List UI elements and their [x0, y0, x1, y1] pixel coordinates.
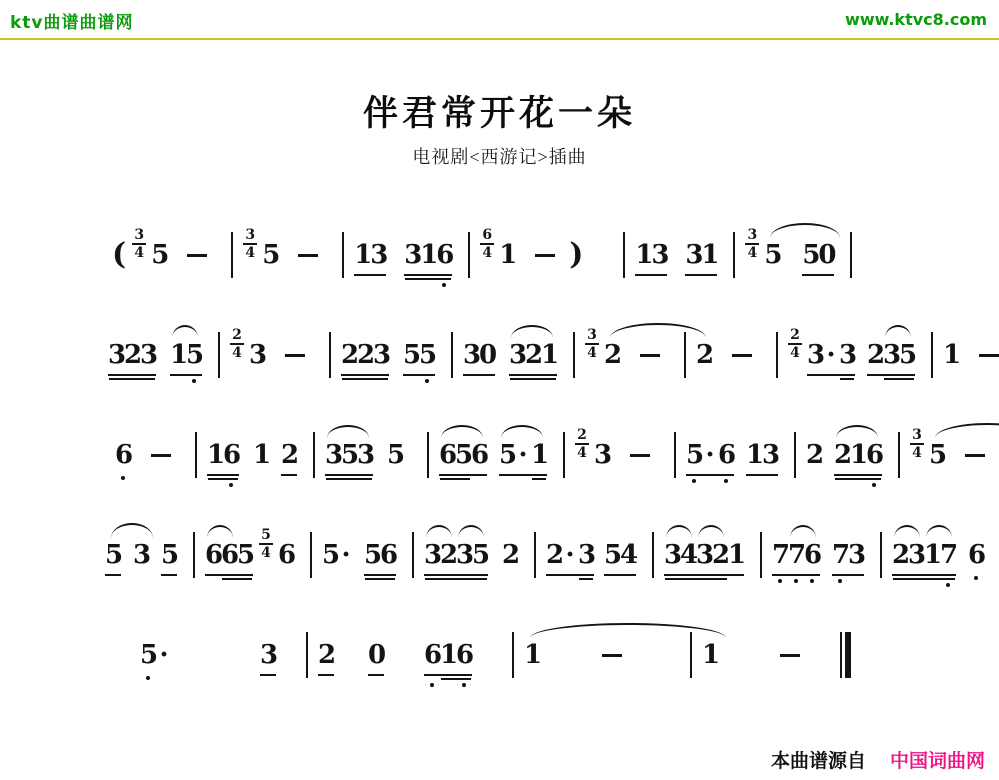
note-char: · [823, 338, 839, 372]
timesig-numerator: 3 [134, 229, 144, 241]
time-signature: 24 [575, 429, 589, 459]
note-char: 2 [696, 338, 712, 372]
barline [760, 532, 762, 578]
note-group: 6 [968, 538, 984, 572]
note-group: 2 [318, 638, 334, 672]
note-group: 30 [463, 338, 495, 372]
note-char: 5 [929, 438, 945, 472]
underbeam [807, 374, 855, 376]
note-group: 2·3 [546, 538, 594, 572]
underbeam [772, 574, 820, 576]
site-url[interactable]: www.ktvc8.com [845, 10, 987, 29]
timesig-numerator: 2 [790, 329, 800, 341]
timesig-numerator: 6 [482, 229, 492, 241]
octave-dot [974, 576, 978, 580]
note-group: 5 [262, 238, 278, 272]
underbeam [108, 374, 156, 376]
timesig-denominator: 4 [912, 447, 922, 459]
note-char: 5 [403, 338, 419, 372]
underbeam [424, 674, 472, 676]
barline [310, 532, 312, 578]
duration-dash [285, 354, 305, 357]
note-char: 3 [664, 538, 680, 572]
barline [880, 532, 882, 578]
duration-dash [780, 654, 800, 657]
footer-source-note: 本曲谱源自 中国词曲网 [771, 746, 985, 773]
barline [850, 232, 852, 278]
note-char: 0 [479, 338, 495, 372]
barline [195, 432, 197, 478]
note-char: 4 [620, 538, 636, 572]
note-char: 2 [502, 538, 518, 572]
octave-dot [146, 676, 150, 680]
note-group: 54 [604, 538, 636, 572]
underbeam-2 [579, 578, 593, 580]
octave-dot [778, 579, 782, 583]
underbeam [802, 274, 834, 276]
note-group: 6 [115, 438, 131, 472]
note-group: 5· [322, 538, 354, 572]
note-group: 223 [341, 338, 389, 372]
note-group: 13 [635, 238, 667, 272]
barline [313, 432, 315, 478]
note-char: 6 [115, 438, 131, 472]
note-char: 0 [818, 238, 834, 272]
note-char: 2 [834, 438, 850, 472]
underbeam-2 [840, 378, 854, 380]
note-group: 5 [105, 538, 121, 572]
note-char: 2 [806, 438, 822, 472]
time-signature: 64 [480, 229, 494, 259]
note-group: 1 [499, 238, 515, 272]
underbeam-2 [884, 378, 914, 380]
note-group: 2 [502, 538, 518, 572]
octave-dot [872, 483, 876, 487]
note-char: 4 [680, 538, 696, 572]
tie-arc [770, 223, 840, 238]
slur-arc [426, 525, 452, 538]
note-group: 16 [207, 438, 239, 472]
note-group: 50 [802, 238, 834, 272]
underbeam [318, 674, 334, 676]
barline [690, 632, 692, 678]
note-char: 1 [524, 638, 540, 672]
score-line-1: (34534513316641)133134550 [112, 232, 862, 278]
note-char: 6 [205, 538, 221, 572]
note-char: 3 [578, 538, 594, 572]
underbeam-2 [208, 478, 238, 480]
timesig-numerator: 2 [232, 329, 242, 341]
duration-dash [535, 254, 555, 257]
note-char: 7 [940, 538, 956, 572]
timesig-numerator: 3 [245, 229, 255, 241]
tie-arc [111, 523, 153, 538]
note-char: 3 [883, 338, 899, 372]
final-thick-bar [845, 632, 851, 678]
slur-arc [836, 425, 878, 438]
note-group: 2 [604, 338, 620, 372]
note-group: 1 [702, 638, 718, 672]
underbeam-2 [222, 578, 252, 580]
note-group: 15 [170, 338, 202, 372]
duration-dash [151, 454, 171, 457]
note-char: 6 [223, 438, 239, 472]
octave-dot [692, 479, 696, 483]
note-char: 7 [772, 538, 788, 572]
timesig-denominator: 4 [261, 547, 271, 559]
octave-dot [229, 483, 233, 487]
note-char: 3 [325, 438, 341, 472]
header-rule [0, 38, 999, 40]
octave-dot [430, 683, 434, 687]
score-line-3: 6161235356565·12435·61322163455 [115, 432, 999, 478]
source-prefix-label: 本曲谱源自 [771, 746, 866, 773]
barline [329, 332, 331, 378]
note-group: 3 [249, 338, 265, 372]
note-char: 5 [161, 538, 177, 572]
note-char: 6 [866, 438, 882, 472]
note-char: 3 [839, 338, 855, 372]
note-char: 5 [499, 438, 515, 472]
note-char: 3 [249, 338, 265, 372]
tie-arc [530, 623, 726, 638]
note-group: 5· [140, 638, 172, 672]
note-char: 5 [455, 438, 471, 472]
note-group: 235 [867, 338, 915, 372]
underbeam [260, 674, 276, 676]
underbeam [834, 474, 882, 476]
note-group: 5 [151, 238, 167, 272]
note-char: 6 [804, 538, 820, 572]
site-logo[interactable]: ktv曲谱曲谱网 [10, 8, 134, 33]
note-char: 5 [604, 538, 620, 572]
underbeam [207, 474, 239, 476]
score-line-5: 5·32061611 [140, 632, 857, 678]
underbeam [867, 374, 915, 376]
slur-arc [458, 525, 484, 538]
note-group: 55 [403, 338, 435, 372]
note-char: · [156, 638, 172, 672]
underbeam-2 [893, 578, 955, 580]
note-char: 6 [718, 438, 734, 472]
note-char: · [702, 438, 718, 472]
underbeam-2 [532, 478, 546, 480]
note-group: 13 [746, 438, 778, 472]
note-char: 5 [364, 538, 380, 572]
note-char: 3 [133, 538, 149, 572]
note-char: 5 [322, 538, 338, 572]
note-char: 3 [260, 638, 276, 672]
note-char: · [562, 538, 578, 572]
underbeam [686, 474, 734, 476]
timesig-numerator: 3 [912, 429, 922, 441]
barline [218, 332, 220, 378]
underbeam-2 [835, 478, 881, 480]
note-char: 5 [186, 338, 202, 372]
note-char: 2 [546, 538, 562, 572]
octave-dot [425, 379, 429, 383]
underbeam [832, 574, 864, 576]
barline [412, 532, 414, 578]
slur-arc [790, 525, 816, 538]
note-char: 3 [908, 538, 924, 572]
note-char: 6 [456, 638, 472, 672]
barline [898, 432, 900, 478]
time-signature: 34 [243, 229, 257, 259]
timesig-numerator: 3 [587, 329, 597, 341]
note-char: 1 [440, 638, 456, 672]
timesig-denominator: 4 [790, 347, 800, 359]
underbeam [546, 574, 594, 576]
note-char: 5 [341, 438, 357, 472]
note-char: 2 [124, 338, 140, 372]
octave-dot [442, 283, 446, 287]
barline [342, 232, 344, 278]
note-char: 3 [373, 338, 389, 372]
note-char: 1 [728, 538, 744, 572]
note-group: 5·1 [499, 438, 547, 472]
time-signature: 34 [585, 329, 599, 359]
slur-arc [441, 425, 483, 438]
note-group: 2 [696, 338, 712, 372]
slur-arc [885, 325, 911, 338]
timesig-denominator: 4 [482, 247, 492, 259]
note-char: 1 [499, 238, 515, 272]
underbeam [463, 374, 495, 376]
note-char: 3 [108, 338, 124, 372]
note-group: 353 [325, 438, 373, 472]
note-group: 3 [594, 438, 610, 472]
timesig-denominator: 4 [232, 347, 242, 359]
note-char: 1 [943, 338, 959, 372]
underbeam [746, 474, 778, 476]
slur-arc [501, 425, 543, 438]
note-group: 34321 [664, 538, 744, 572]
note-char: 3 [509, 338, 525, 372]
note-char: 2 [712, 538, 728, 572]
barline [306, 632, 308, 678]
note-group: 1 [943, 338, 959, 372]
note-char: 1 [701, 238, 717, 272]
score-line-2: 3231524322355303213422243·32351223567 [108, 332, 999, 378]
note-char: 5 [419, 338, 435, 372]
score-line-4: 5356655465·56323522·354343217767323176 [105, 532, 999, 578]
underbeam-2 [109, 378, 155, 380]
note-char: 1 [531, 438, 547, 472]
underbeam-2 [441, 678, 471, 680]
note-char: 3 [848, 538, 864, 572]
underbeam [635, 274, 667, 276]
note-char: 3 [685, 238, 701, 272]
slur-arc [666, 525, 692, 538]
barline [623, 232, 625, 278]
note-char: 2 [318, 638, 334, 672]
duration-dash [602, 654, 622, 657]
underbeam [161, 574, 177, 576]
note-char: 2 [892, 538, 908, 572]
barline [534, 532, 536, 578]
note-group: 5 [161, 538, 177, 572]
underbeam [325, 474, 373, 476]
octave-dot [462, 683, 466, 687]
barline [652, 532, 654, 578]
note-char: 2 [357, 338, 373, 372]
underbeam [509, 374, 557, 376]
note-char: 5 [140, 638, 156, 672]
note-char: 1 [924, 538, 940, 572]
note-group: 3235 [424, 538, 488, 572]
note-char: 1 [702, 638, 718, 672]
note-group: 5 [929, 438, 945, 472]
underbeam-2 [440, 478, 470, 480]
timesig-denominator: 4 [245, 247, 255, 259]
note-group: 5 [387, 438, 403, 472]
note-char: 3 [370, 238, 386, 272]
note-char: 0 [368, 638, 384, 672]
note-group: 31 [685, 238, 717, 272]
note-group: 776 [772, 538, 820, 572]
time-signature: 34 [132, 229, 146, 259]
note-char: 6 [968, 538, 984, 572]
note-char: 1 [541, 338, 557, 372]
underbeam [281, 474, 297, 476]
note-group: 13 [354, 238, 386, 272]
note-char: 1 [420, 238, 436, 272]
timesig-denominator: 4 [577, 447, 587, 459]
intro-paren: ) [569, 238, 583, 272]
note-char: 6 [436, 238, 452, 272]
note-group: 656 [439, 438, 487, 472]
underbeam-2 [425, 578, 487, 580]
duration-dash [640, 354, 660, 357]
note-char: 3 [424, 538, 440, 572]
tie-arc [935, 423, 999, 438]
sheet-music-page: ktv曲谱曲谱网 www.ktvc8.com 伴君常开花一朵 电视剧<西游记>插… [0, 0, 999, 780]
song-title: 伴君常开花一朵 [0, 86, 999, 136]
note-char: 3 [456, 538, 472, 572]
note-char: 3 [140, 338, 156, 372]
barline [684, 332, 686, 378]
note-group: 6 [278, 538, 294, 572]
duration-dash [187, 254, 207, 257]
note-group: 616 [424, 638, 472, 672]
note-char: 7 [788, 538, 804, 572]
note-char: 5 [764, 238, 780, 272]
timesig-denominator: 4 [587, 347, 597, 359]
note-char: 1 [207, 438, 223, 472]
underbeam [664, 574, 744, 576]
note-char: 1 [746, 438, 762, 472]
song-subtitle: 电视剧<西游记>插曲 [0, 143, 999, 169]
octave-dot [810, 579, 814, 583]
underbeam [341, 374, 389, 376]
note-group: 316 [404, 238, 452, 272]
barline [468, 232, 470, 278]
note-char: 5 [472, 538, 488, 572]
note-char: 5 [686, 438, 702, 472]
note-group: 321 [509, 338, 557, 372]
note-group: 5·6 [686, 438, 734, 472]
source-site-link[interactable]: 中国词曲网 [890, 746, 985, 773]
underbeam-2 [665, 578, 727, 580]
note-group: 3 [260, 638, 276, 672]
note-char: 1 [253, 438, 269, 472]
underbeam [354, 274, 386, 276]
octave-dot [192, 379, 196, 383]
note-char: 1 [354, 238, 370, 272]
slur-arc [926, 525, 952, 538]
duration-dash [732, 354, 752, 357]
time-signature: 54 [259, 529, 273, 559]
barline [776, 332, 778, 378]
barline [573, 332, 575, 378]
timesig-denominator: 4 [134, 247, 144, 259]
underbeam [499, 474, 547, 476]
final-barline [840, 632, 851, 678]
slur-arc [327, 425, 369, 438]
slur-arc [698, 525, 724, 538]
duration-dash [979, 354, 999, 357]
underbeam [685, 274, 717, 276]
note-char: 1 [850, 438, 866, 472]
note-group: 1 [253, 438, 269, 472]
note-char: 6 [424, 638, 440, 672]
octave-dot [794, 579, 798, 583]
note-char: 6 [278, 538, 294, 572]
underbeam [439, 474, 487, 476]
note-char: 5 [899, 338, 915, 372]
note-char: 3 [762, 438, 778, 472]
barline [512, 632, 514, 678]
note-group: 56 [364, 538, 396, 572]
note-group: 2 [806, 438, 822, 472]
barline [427, 432, 429, 478]
underbeam [424, 574, 488, 576]
timesig-numerator: 2 [577, 429, 587, 441]
note-char: 3 [696, 538, 712, 572]
note-char: 5 [802, 238, 818, 272]
note-char: 6 [471, 438, 487, 472]
time-signature: 34 [910, 429, 924, 459]
note-char: 6 [221, 538, 237, 572]
note-char: 2 [867, 338, 883, 372]
octave-dot [121, 476, 125, 480]
barline [451, 332, 453, 378]
timesig-denominator: 4 [748, 247, 758, 259]
note-group: 665 [205, 538, 253, 572]
note-char: 3 [651, 238, 667, 272]
note-group: 1 [524, 638, 540, 672]
note-group: 3·3 [807, 338, 855, 372]
octave-dot [838, 579, 842, 583]
barline [193, 532, 195, 578]
note-char: 5 [237, 538, 253, 572]
note-group: 73 [832, 538, 864, 572]
underbeam-2 [405, 278, 451, 280]
barline [931, 332, 933, 378]
note-group: 5 [764, 238, 780, 272]
note-char: 5 [151, 238, 167, 272]
underbeam [205, 574, 253, 576]
note-char: 3 [807, 338, 823, 372]
note-char: 5 [262, 238, 278, 272]
note-char: 2 [281, 438, 297, 472]
note-char: 2 [341, 338, 357, 372]
tie-arc [610, 323, 706, 338]
underbeam [403, 374, 435, 376]
slur-arc [207, 525, 233, 538]
barline [733, 232, 735, 278]
